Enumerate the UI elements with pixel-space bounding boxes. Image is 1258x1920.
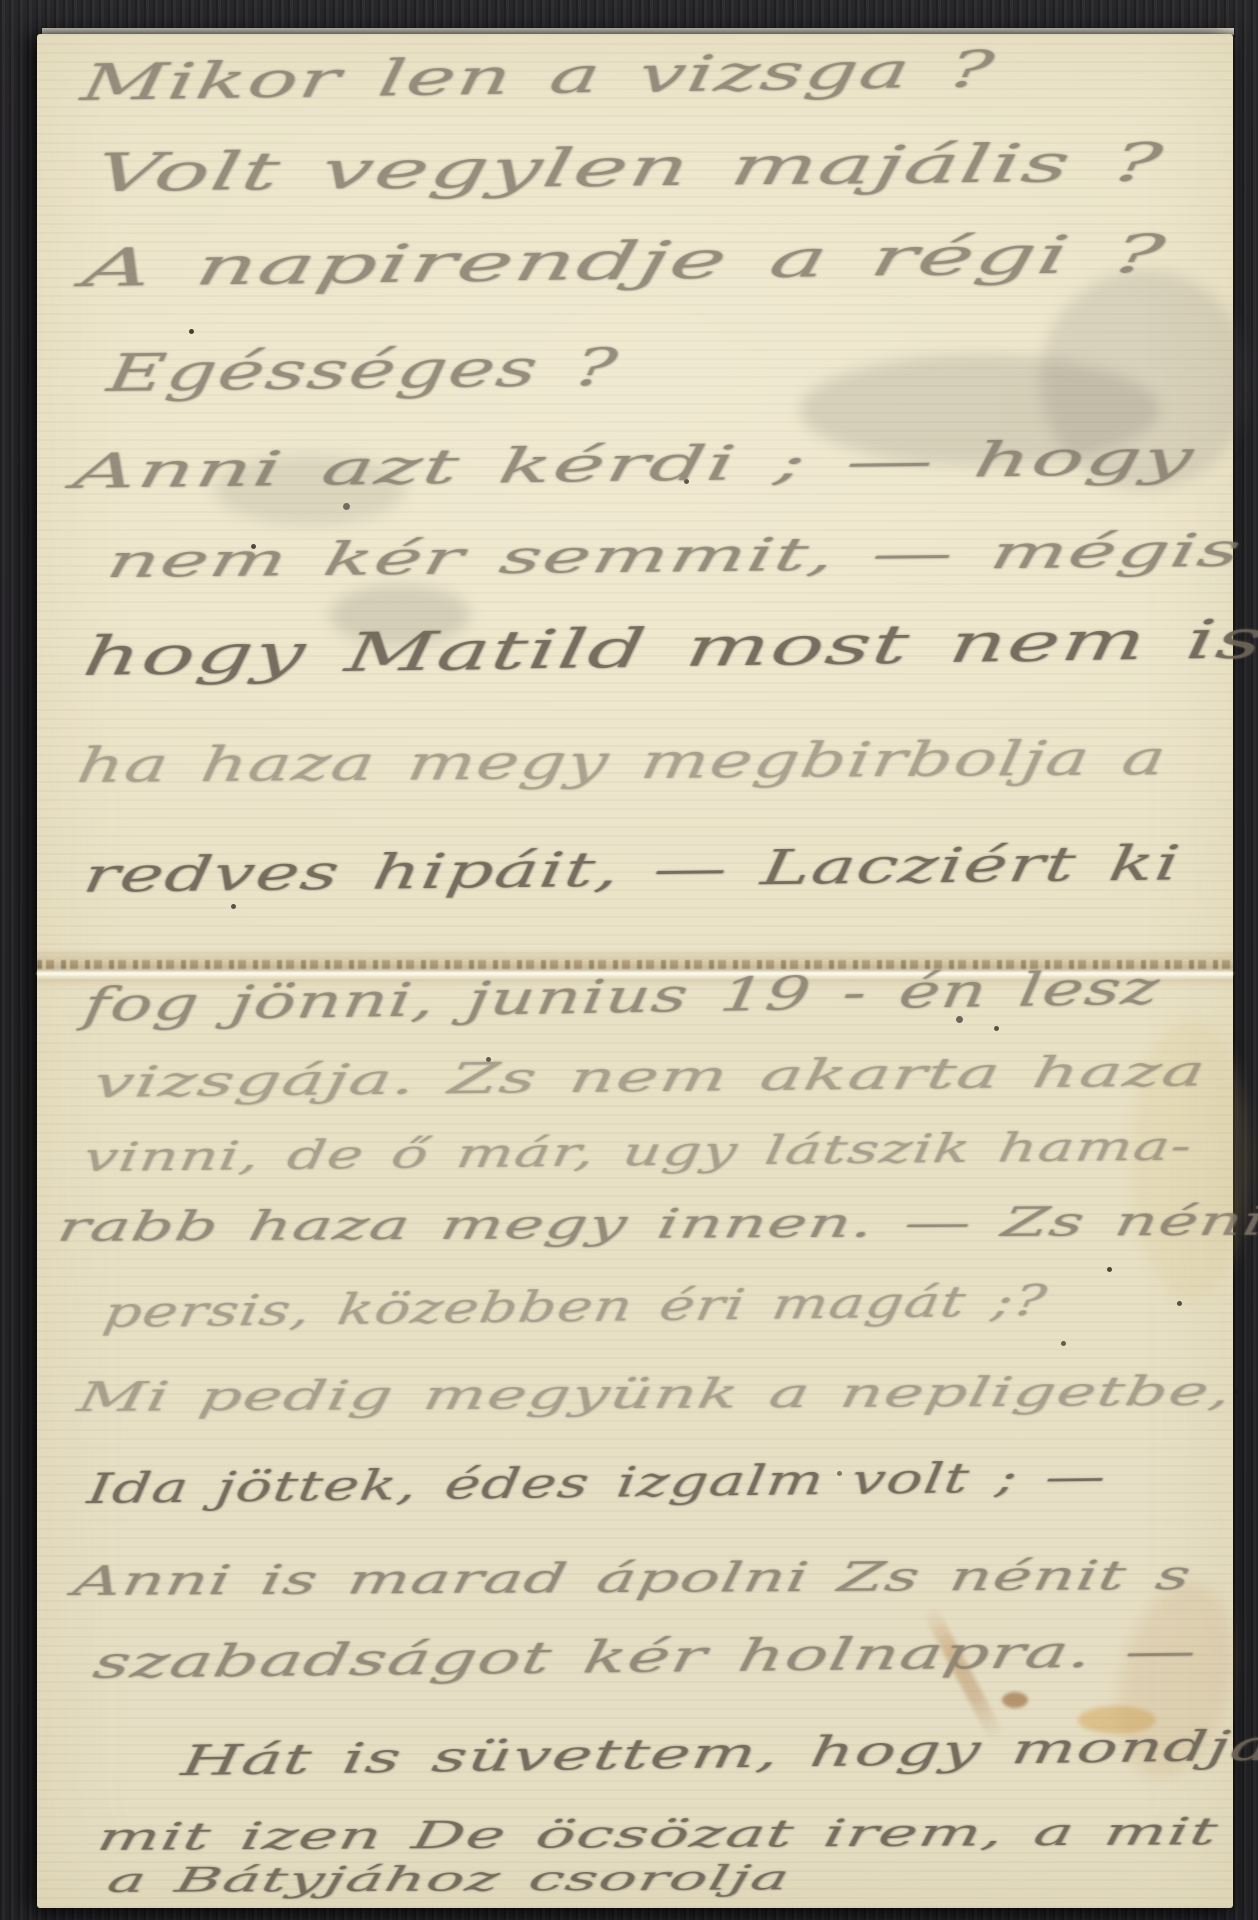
- fold-crease: [37, 948, 1233, 988]
- scanned-letter-photo: Mikor len a vizsga ? Volt vegylen majáli…: [0, 0, 1258, 1920]
- ink-flecks: [0, 0, 3, 3]
